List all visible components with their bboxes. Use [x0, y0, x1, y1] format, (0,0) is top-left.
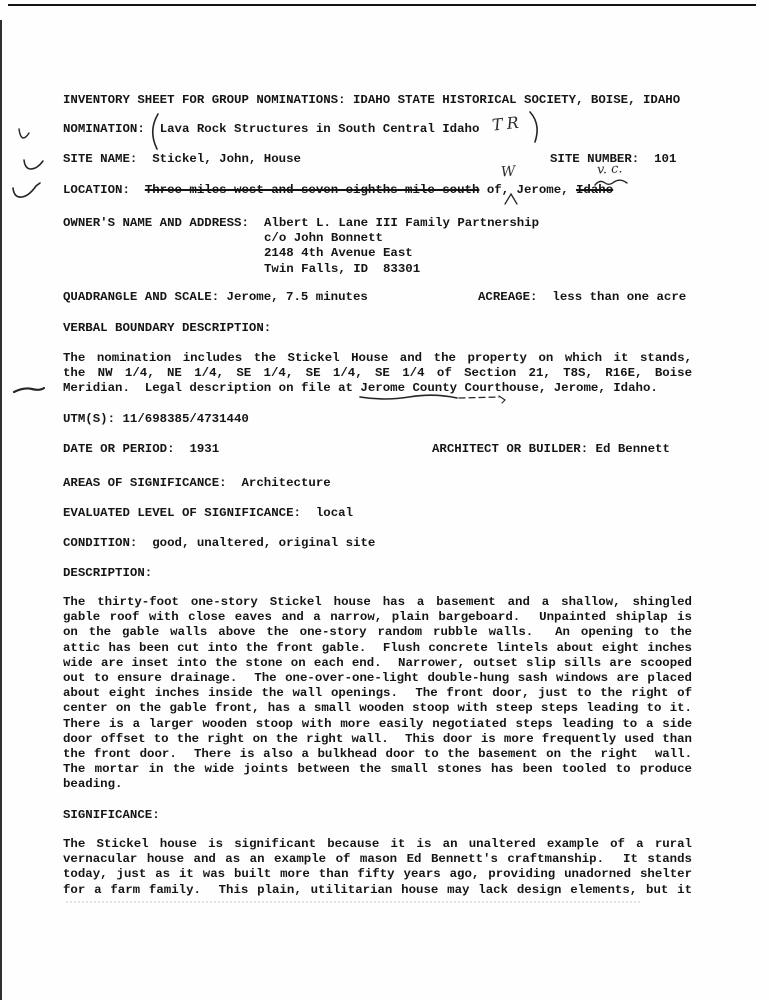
- nomination-value: Lava Rock Structures in South Central Id…: [160, 122, 480, 136]
- architect-col: ARCHITECT OR BUILDER:Ed Bennett: [432, 442, 670, 457]
- acreage-value: less than one acre: [552, 290, 686, 304]
- paragraph-line: The Stickel house is significant because…: [63, 837, 692, 852]
- site-number-value: 101: [654, 152, 676, 166]
- acreage-col: ACREAGE:less than one acre: [478, 290, 686, 305]
- site-name-label: SITE NAME:: [63, 152, 137, 166]
- evaluated-level-row: EVALUATED LEVEL OF SIGNIFICANCE:local: [63, 506, 695, 521]
- handwritten-margin-dash: [12, 384, 46, 396]
- areas-row: AREAS OF SIGNIFICANCE:Architecture: [63, 476, 695, 491]
- owner-address: Albert L. Lane III Family Partnershipc/o…: [264, 216, 539, 277]
- handwritten-checkmark-site-name: [22, 156, 46, 174]
- date-or-period-label: DATE OR PERIOD:: [63, 442, 175, 456]
- paragraph-line: for a farm family. This plain, utilitari…: [63, 883, 692, 898]
- quadrangle-value: Jerome, 7.5 minutes: [227, 290, 368, 304]
- site-name-value: Stickel, John, House: [152, 152, 301, 166]
- paragraph-line: today, just as it was built more than fi…: [63, 867, 692, 882]
- owner-label: OWNER'S NAME AND ADDRESS:: [63, 216, 249, 230]
- paragraph-line: center on the gable front, has a small w…: [63, 701, 692, 716]
- handwritten-caret: [504, 193, 518, 205]
- condition-value: good, unaltered, original site: [152, 536, 375, 550]
- description-heading: DESCRIPTION:: [63, 566, 695, 581]
- paragraph-line: on the gable walls above the one-story r…: [63, 625, 692, 640]
- condition-label: CONDITION:: [63, 536, 137, 550]
- paragraph-line: beading.: [63, 777, 692, 792]
- date-or-period-value: 1931: [189, 442, 219, 456]
- evaluated-level-value: local: [316, 506, 353, 520]
- paragraph-line: There is a larger wooden stoop with more…: [63, 717, 692, 732]
- date-row: DATE OR PERIOD:1931ARCHITECT OR BUILDER:…: [63, 442, 695, 457]
- significance-heading: SIGNIFICANCE:: [63, 808, 695, 823]
- handwritten-tr-annotation: TR: [491, 112, 524, 134]
- handwritten-open-paren: [146, 113, 162, 151]
- scan-ghost-line: [66, 901, 640, 903]
- paragraph-line: about eight inches inside the wall openi…: [63, 686, 692, 701]
- paragraph-line: attic has been cut into the front gable.…: [63, 641, 692, 656]
- handwritten-checkmark-location: [10, 180, 42, 200]
- handwritten-vicinity-note: v. c.: [597, 161, 623, 177]
- architect-label: ARCHITECT OR BUILDER:: [432, 442, 588, 456]
- areas-label: AREAS OF SIGNIFICANCE:: [63, 476, 227, 490]
- paragraph-line: vernacular house and as an example of ma…: [63, 852, 692, 867]
- owner-row: OWNER'S NAME AND ADDRESS:Albert L. Lane …: [63, 216, 695, 231]
- verbal-boundary-heading: VERBAL BOUNDARY DESCRIPTION:: [63, 321, 695, 336]
- paragraph-line: The thirty-foot one-story Stickel house …: [63, 595, 692, 610]
- owner-address-line: Albert L. Lane III Family Partnership: [264, 216, 539, 231]
- handwritten-underline-jerome-county: [359, 393, 509, 405]
- utm-label: UTM(S):: [63, 412, 115, 426]
- scan-edge-left: [0, 20, 2, 1000]
- nomination-label: NOMINATION:: [63, 122, 145, 136]
- verbal-boundary-paragraph: The nomination includes the Stickel Hous…: [63, 351, 692, 397]
- handwritten-checkmark-nomination: [16, 127, 32, 143]
- location-label: LOCATION:: [63, 183, 130, 197]
- paragraph-line: wide are inset into the stone on each en…: [63, 656, 692, 671]
- acreage-label: ACREAGE:: [478, 290, 538, 304]
- scan-edge-top: [8, 4, 756, 6]
- paragraph-line: gable roof with close eaves and a narrow…: [63, 610, 692, 625]
- inventory-sheet-page: INVENTORY SHEET FOR GROUP NOMINATIONS: I…: [0, 0, 769, 1000]
- owner-address-line: c/o John Bonnett: [264, 231, 539, 246]
- condition-row: CONDITION:good, unaltered, original site: [63, 536, 695, 551]
- areas-value: Architecture: [241, 476, 330, 490]
- location-struck-text: Three miles west and seven-eighths mile …: [145, 183, 480, 197]
- quadrangle-label: QUADRANGLE AND SCALE:: [63, 290, 219, 304]
- handwritten-close-paren: [527, 111, 543, 145]
- paragraph-line: door offset to the right on the right wa…: [63, 732, 692, 747]
- architect-value: Ed Bennett: [596, 442, 670, 456]
- owner-address-line: Twin Falls, ID 83301: [264, 262, 539, 277]
- site-number-label: SITE NUMBER:: [550, 152, 639, 166]
- quadrangle-row: QUADRANGLE AND SCALE:Jerome, 7.5 minutes…: [63, 290, 695, 305]
- handwritten-scribble: [594, 177, 630, 191]
- document-title: INVENTORY SHEET FOR GROUP NOMINATIONS: I…: [63, 93, 695, 108]
- paragraph-line: the front door. There is also a bulkhead…: [63, 747, 692, 762]
- location-text: of, Jerome,: [487, 183, 569, 197]
- paragraph-line: The mortar in the wide joints between th…: [63, 762, 692, 777]
- handwritten-west-insert: W: [500, 164, 515, 181]
- description-paragraph: The thirty-foot one-story Stickel house …: [63, 595, 692, 793]
- owner-address-line: 2148 4th Avenue East: [264, 246, 539, 261]
- evaluated-level-label: EVALUATED LEVEL OF SIGNIFICANCE:: [63, 506, 301, 520]
- paragraph-line: The nomination includes the Stickel Hous…: [63, 351, 692, 366]
- significance-paragraph: The Stickel house is significant because…: [63, 837, 692, 898]
- utm-row: UTM(S):11/698385/4731440: [63, 412, 695, 427]
- paragraph-line: out to ensure drainage. The one-over-one…: [63, 671, 692, 686]
- paragraph-line: the NW 1/4, NE 1/4, SE 1/4, SE 1/4, SE 1…: [63, 366, 692, 381]
- utm-value: 11/698385/4731440: [122, 412, 248, 426]
